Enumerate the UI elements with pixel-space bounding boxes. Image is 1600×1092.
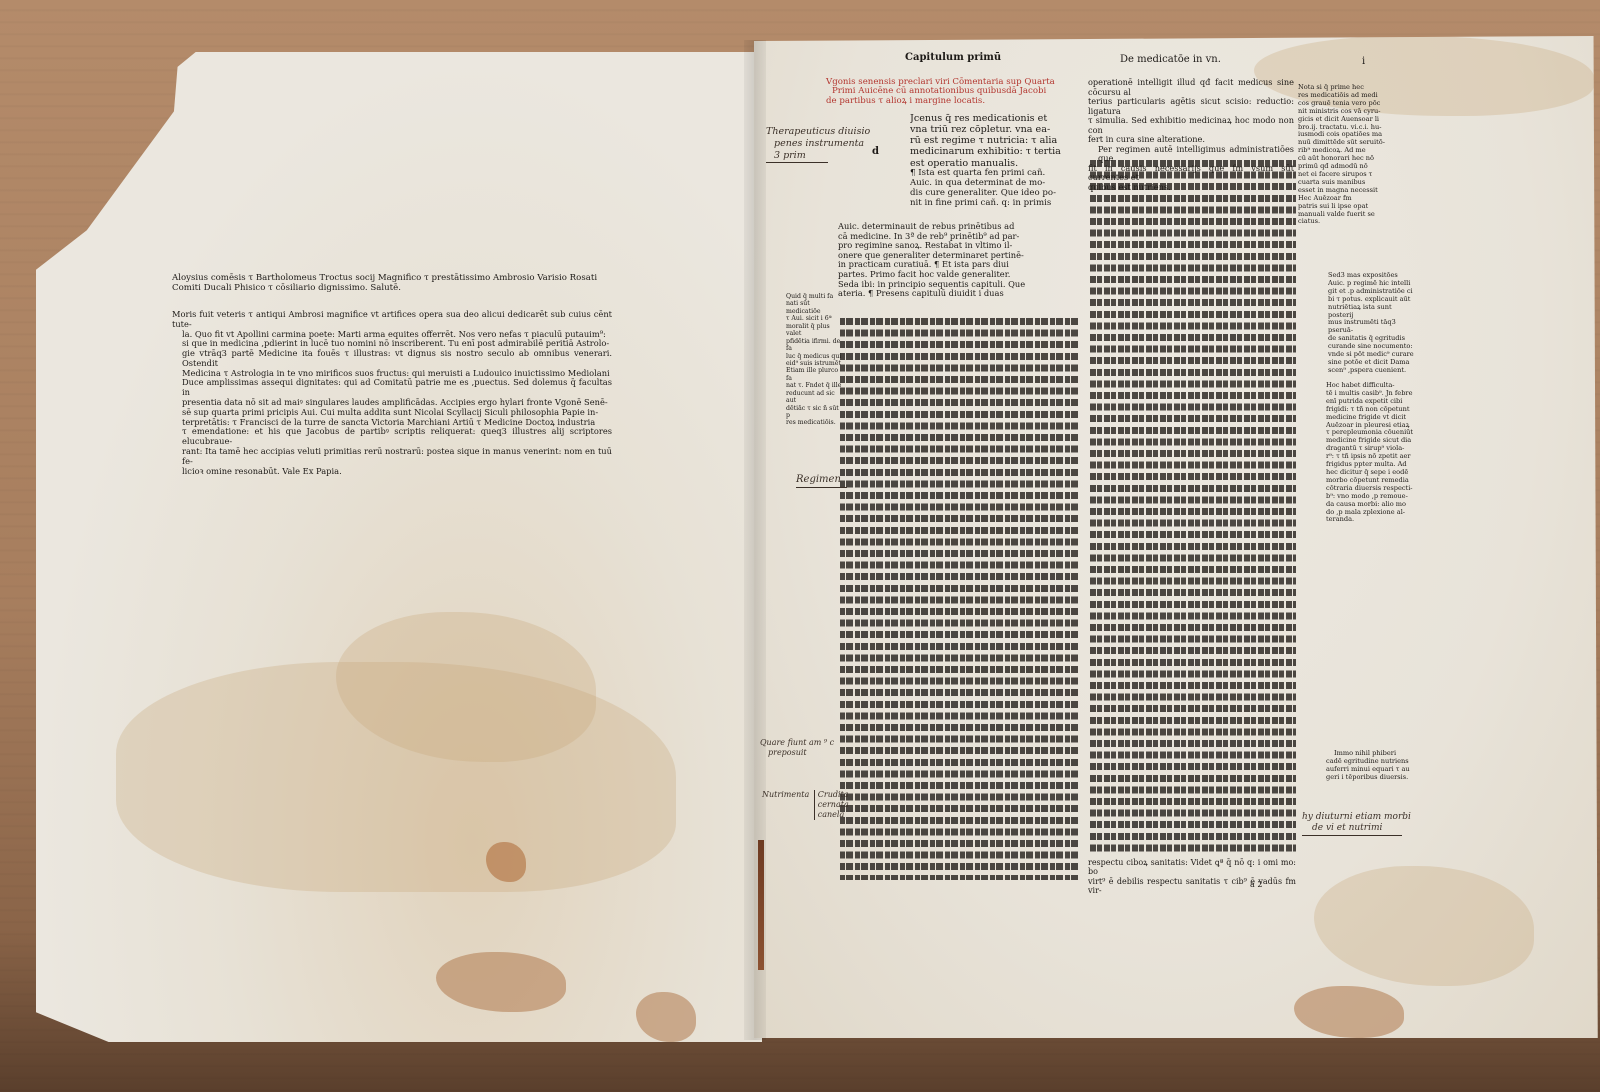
- inner-gloss: Quid q̄ multi fa nati sūt medicatiōe τ A…: [786, 293, 842, 427]
- column-2-body-text: [1090, 160, 1296, 856]
- gloss-line: Quid q̄ multi fa: [786, 293, 842, 300]
- dedication-line: τ emendatione: et his que Jacobus de par…: [172, 427, 612, 447]
- marginal-note-quare: Quare fiunt am ⁹ c preposuit: [760, 738, 834, 758]
- water-stain: [1294, 986, 1404, 1038]
- dedication-body: Moris fuit veteris τ antiqui Ambrosi mag…: [172, 310, 612, 476]
- marginal-note-bottom-right: hy diuturni etiam morbi de vi et nutrimi: [1302, 812, 1411, 836]
- text-line: est operatio manualis.: [910, 158, 1076, 169]
- side-gloss-top: Nota si q̄ prime hec res medicatiōis ad …: [1298, 84, 1398, 226]
- handwritten-line: Nutrimenta: [762, 790, 809, 799]
- text-line: medicinarum exhibitio: τ tertia: [910, 146, 1076, 157]
- folio-number: i: [1362, 56, 1365, 67]
- column-2-closing: respectu ciboꝝ sanitatis: Videt ꝗª q̄ nō…: [1088, 858, 1296, 895]
- text-line: terius particularis agētis sicut scisio:…: [1088, 97, 1294, 116]
- text-line: rū est regime τ nutricia: τ alia: [910, 135, 1076, 146]
- handwritten-line: cernata: [818, 800, 849, 810]
- dedication-line: Moris fuit veteris τ antiqui Ambrosi mag…: [172, 310, 612, 330]
- water-stain: [1314, 866, 1534, 986]
- dedication-line: gie vtrāq3 partē Medicine ita fouēs τ il…: [172, 349, 612, 369]
- rubric-title: Vgonis senensis preclari viri Cōmentaria…: [826, 78, 1066, 106]
- text-line: operationē intelligit illud qđ facit med…: [1088, 78, 1294, 97]
- gloss-line: scen⁹ ,pspera cuenient.: [1328, 367, 1418, 375]
- gloss-line: ciatus.: [1298, 218, 1398, 226]
- running-head-chapter: Capitulum primū: [905, 52, 1001, 63]
- dedication-line: rant: Ita tamē hec accipias veluti primi…: [172, 447, 612, 467]
- column-1-body-text: [840, 318, 1078, 880]
- gloss-line: pfidētia ifirmi. de fa: [786, 338, 842, 353]
- text-line: virt⁹ ē debilis respectu sanitatis τ cib…: [1088, 877, 1296, 896]
- handwritten-line: preposuit: [760, 748, 834, 758]
- left-page: [36, 52, 762, 1042]
- gloss-line: nutriētiaꝝ ista sunt posterij: [1328, 304, 1418, 320]
- gloss-line: eid⁹ suis istrumēt: [786, 360, 842, 367]
- handwritten-line: 3 prim: [766, 150, 828, 163]
- marginal-note-nutrimenta: Nutrimenta Crudita cernata canela: [762, 790, 849, 820]
- text-line: nit in fine primi cañ. q: in primis: [910, 199, 1076, 209]
- gloss-line: moralit q̄ plus valet: [786, 323, 842, 338]
- running-head-title: De medicatōe in vn.: [1120, 54, 1221, 65]
- gloss-line: nati sūt medicatiōe: [786, 300, 842, 315]
- gloss-line: luc q̄ medicus qui: [786, 353, 842, 360]
- handwritten-line: de vi et nutrimi: [1302, 823, 1402, 835]
- signature-mark: a 2: [1250, 880, 1262, 889]
- gloss-line: dētiāc τ sic ñ sūt p: [786, 405, 842, 420]
- gloss-line: geri i tēporibus diuersis.: [1326, 774, 1422, 782]
- gloss-line: reducunt ad sic aut: [786, 390, 842, 405]
- marginal-note-therapeutics: Therapeuticus diuisio penes instrumenta …: [766, 126, 876, 163]
- water-stain: [436, 952, 566, 1012]
- gloss-line: τ Aui. sicit i 6ª: [786, 315, 842, 322]
- marginal-note-regimen: Regimen: [796, 474, 847, 488]
- gloss-line: teranda.: [1326, 516, 1418, 524]
- rubric-line: de partibus τ alioꝝ i margine locatis.: [826, 97, 1066, 106]
- side-gloss-bottom: Immo nihil phiberi cadē egritudine nutri…: [1326, 750, 1422, 782]
- gloss-line: res medicatiōis.: [786, 419, 842, 426]
- handwritten-line: hy diuturni etiam morbi: [1302, 812, 1411, 823]
- handwritten-line: penes instrumenta: [766, 138, 876, 150]
- handwritten-line: Quare fiunt am ⁹ c: [760, 738, 834, 748]
- dedication-heading-line: Comiti Ducali Phisico τ cōsiliario digni…: [172, 284, 612, 294]
- handwritten-line: Crudita: [818, 790, 849, 800]
- gloss-line: Etiam ille plurco fa: [786, 367, 842, 382]
- column-1-continued: Auic. determinauit de rebus prinētibus a…: [838, 222, 1076, 299]
- text-line: Jcenus q̄ res medicationis et: [910, 113, 1076, 124]
- text-line: τ simulia. Sed exhibitio medicinaꝝ hoc m…: [1088, 116, 1294, 135]
- side-gloss-middle: Sed3 mas expositōes Auic. p regimē hic i…: [1328, 272, 1418, 375]
- text-line: respectu ciboꝝ sanitatis: Videt ꝗª q̄ nō…: [1088, 858, 1296, 877]
- dedication-heading: Aloysius comēsis τ Bartholomeus Troctus …: [172, 274, 612, 299]
- water-stain: [636, 992, 696, 1042]
- dedication-line: licioꝛ omine resonabūt. Vale Ex Papia.: [172, 467, 612, 477]
- text-line: vna triū rez cōpletur. vna ea-: [910, 124, 1076, 135]
- side-gloss-lower: Hoc habet difficulta- tē i multis casib⁹…: [1326, 382, 1418, 524]
- dedication-line: Duce amplissimas assequi dignitates: qui…: [172, 378, 612, 398]
- gloss-line: mus instrumēti tāq3 pseruā-: [1328, 319, 1418, 335]
- column-1-opening: Jcenus q̄ res medicationis et vna triū r…: [910, 113, 1076, 209]
- handwritten-line: canela: [818, 810, 849, 820]
- gloss-line: nat τ. Fndet q̄ ille: [786, 382, 842, 389]
- paper-tear: [758, 840, 764, 970]
- text-line: ateria. ¶ Presens capitulū diuidit i dua…: [838, 289, 1076, 299]
- handwritten-line: Therapeuticus diuisio: [766, 126, 876, 138]
